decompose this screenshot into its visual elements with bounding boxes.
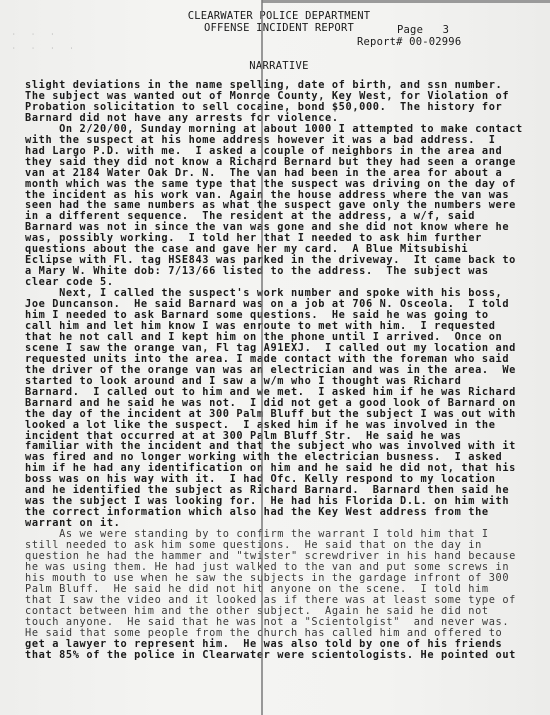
narrative-line: month which was the same type that the s… [25, 179, 495, 190]
report-type: OFFENSE INCIDENT REPORT [4, 22, 550, 34]
narrative-line: He said that some people from the church… [25, 628, 495, 639]
scan-top-edge [262, 0, 550, 3]
scan-fold-line [261, 0, 263, 715]
narrative-line: that 85% of the police in Clearwater wer… [25, 650, 495, 661]
narrative-heading: NARRATIVE [249, 60, 309, 72]
narrative-line: Barnard and he said he was not. I did no… [25, 398, 495, 409]
report-header: CLEARWATER POLICE DEPARTMENT OFFENSE INC… [0, 10, 550, 34]
report-number: Report# 00-02996 [357, 36, 461, 48]
scanned-document-page: · · ·· · · · CLEARWATER POLICE DEPARTMEN… [0, 0, 550, 715]
narrative-line: touch anyone. He said that he was not a … [25, 617, 495, 628]
narrative-line: get a lawyer to represent him. He was al… [25, 639, 495, 650]
narrative-body: slight deviations in the name spelling, … [25, 80, 495, 661]
narrative-line: they said they did not know a Richard Be… [25, 157, 495, 168]
narrative-line: the day of the incident at 300 Palm Bluf… [25, 409, 495, 420]
page-number: Page 3 [357, 24, 461, 36]
narrative-line: looked a lot like the suspect. I asked h… [25, 420, 495, 431]
section-title: NARRATIVE [0, 60, 550, 72]
narrative-line: Barnard. I called out to him and we met.… [25, 387, 495, 398]
narrative-line: van at 2184 Water Oak Dr. N. The van had… [25, 168, 495, 179]
page-info: Page 3 Report# 00-02996 [357, 24, 461, 48]
department-name: CLEARWATER POLICE DEPARTMENT [4, 10, 550, 22]
